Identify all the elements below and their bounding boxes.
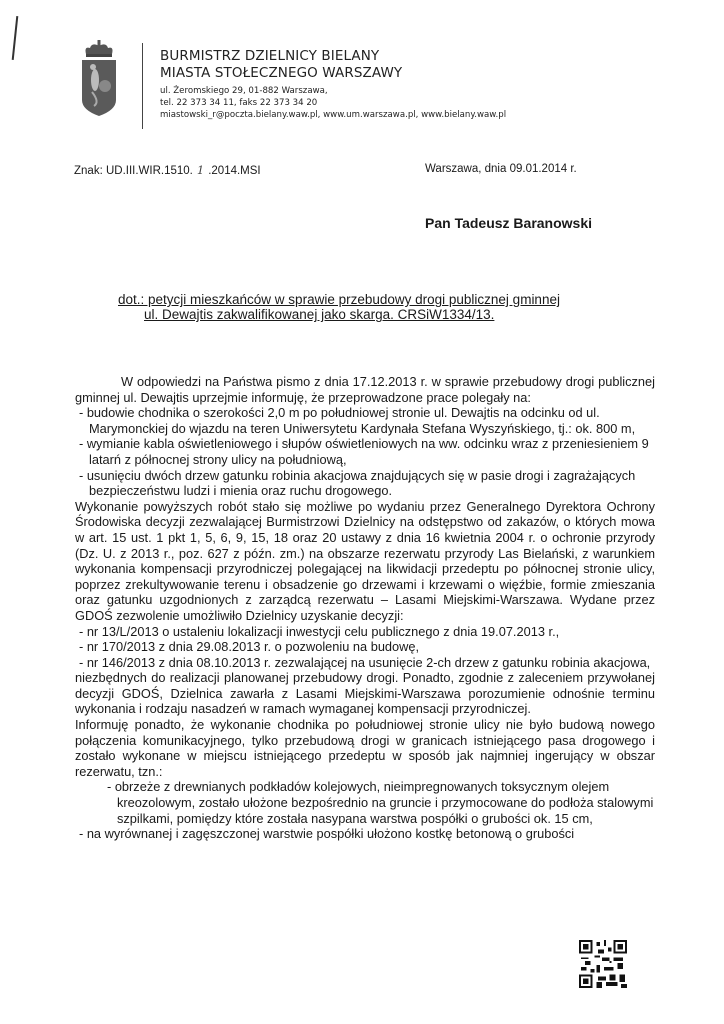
subject-line2: ul. Dewajtis zakwalifikowanej jako skarg… [118,307,560,322]
reference-number: Znak: UD.III.WIR.1510.1.2014.MSI [74,163,261,177]
intro-paragraph: W odpowiedzi na Państwa pismo z dnia 17.… [75,374,655,405]
letterhead: BURMISTRZ DZIELNICY BIELANY MIASTA STOŁE… [160,48,506,121]
handwritten-number: 1 [193,163,208,177]
agreement-paragraph: niezbędnych do realizacji planowanej prz… [75,670,655,717]
org-name-line1: BURMISTRZ DZIELNICY BIELANY [160,48,506,65]
org-name-line2: MIASTA STOŁECZNEGO WARSZAWY [160,65,506,82]
reference-prefix: Znak: UD.III.WIR.1510. [74,165,193,177]
decision-item: - nr 170/2013 z dnia 29.08.2013 r. o poz… [75,639,655,655]
letter-body: W odpowiedzi na Państwa pismo z dnia 17.… [75,374,655,842]
decision-item: - nr 13/L/2013 o ustaleniu lokalizacji i… [75,624,655,640]
subject-line1: dot.: petycji mieszkańców w sprawie prze… [118,292,560,307]
permit-paragraph: Wykonanie powyższych robót stało się moż… [75,499,655,624]
works-item: - wymianie kabla oświetleniowego i słupó… [75,436,655,467]
org-contacts: miastowski_r@poczta.bielany.waw.pl, www.… [160,109,506,121]
detail-item: - obrzeże z drewnianych podkładów kolejo… [75,779,655,826]
subject: dot.: petycji mieszkańców w sprawie prze… [118,292,560,322]
org-address: ul. Żeromskiego 29, 01-882 Warszawa, [160,85,506,97]
works-item: - usunięciu dwóch drzew gatunku robinia … [75,468,655,499]
letter-date: Warszawa, dnia 09.01.2014 r. [425,163,577,175]
works-item: - budowie chodnika o szerokości 2,0 m po… [75,405,655,436]
detail-item: - na wyrównanej i zagęszczonej warstwie … [75,826,655,842]
margin-pen-mark [12,16,19,60]
letterhead-divider [142,43,143,129]
org-phone: tel. 22 373 34 11, faks 22 373 34 20 [160,97,506,109]
reference-suffix: .2014.MSI [208,165,260,177]
sidewalk-paragraph: Informuję ponadto, że wykonanie chodnika… [75,717,655,779]
decision-item: - nr 146/2013 z dnia 08.10.2013 r. zezwa… [75,655,655,671]
coat-of-arms-icon [80,40,118,118]
qr-code-icon [579,940,627,988]
recipient: Pan Tadeusz Baranowski [425,215,592,231]
